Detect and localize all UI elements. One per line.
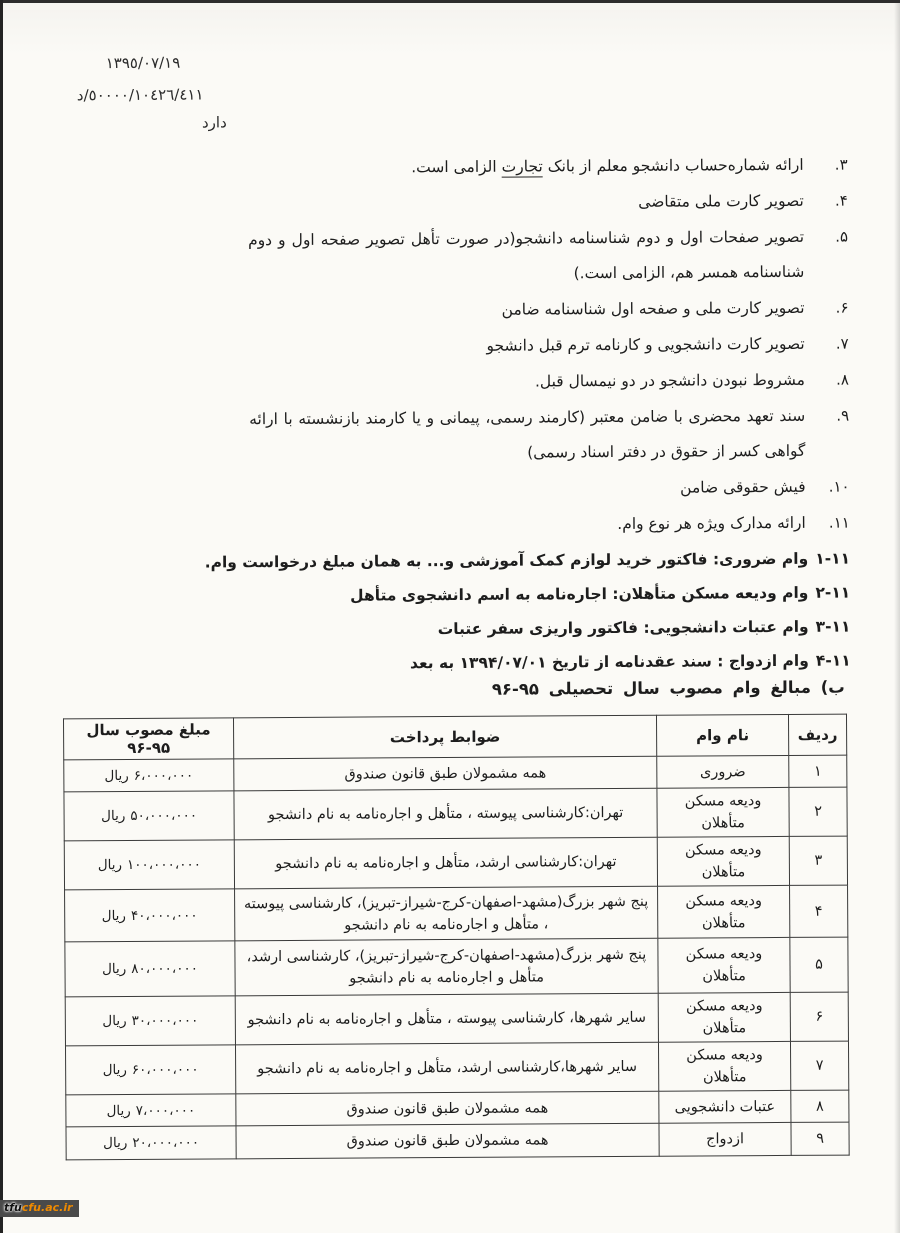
- table-header-row: ردیف نام وام ضوابط پرداخت مبلغ مصوب سال …: [63, 714, 846, 760]
- note-text: وام عتبات دانشجویی: فاکتور واریزی سفر عت…: [438, 618, 809, 638]
- cell-payment-terms: سایر شهرها،کارشناسی ارشد، متأهل و اجاره‌…: [235, 1042, 658, 1094]
- cell-amount: ۳۰،۰۰۰،۰۰۰ریال: [65, 996, 235, 1046]
- text-run: مشروط نبودن دانشجو در دو نیمسال قبل.: [535, 371, 805, 391]
- header-row-number: ردیف: [788, 714, 846, 755]
- cell-row-number: ۲: [789, 787, 847, 836]
- table-row: ۷ودیعه مسکن متأهلانسایر شهرها،کارشناسی ا…: [65, 1041, 848, 1095]
- cell-row-number: ۹: [791, 1122, 849, 1155]
- item-number: ۳.: [804, 148, 848, 183]
- item-text: سند تعهد محضری با ضامن معتبر (کارمند رسم…: [249, 399, 805, 472]
- cell-loan-name: ودیعه مسکن متأهلان: [658, 937, 790, 993]
- cell-loan-name: ازدواج: [659, 1122, 791, 1156]
- amount-unit: ریال: [103, 1062, 127, 1078]
- cell-payment-terms: همه مشمولان طبق قانون صندوق: [236, 1091, 659, 1126]
- cell-row-number: ۷: [790, 1041, 848, 1090]
- scan-edge-top: [0, 0, 900, 3]
- note-number: ۳-۱۱: [816, 618, 851, 636]
- checklist-item: ۸.مشروط نبودن دانشجو در دو نیمسال قبل.: [249, 363, 849, 402]
- text-run: تصویر کارت ملی متقاضی: [638, 192, 804, 211]
- table-row: ۶ودیعه مسکن متأهلانسایر شهرها، کارشناسی …: [65, 992, 848, 1046]
- amount-value: ۴۰،۰۰۰،۰۰۰: [131, 907, 198, 923]
- amount-unit: ریال: [102, 961, 126, 977]
- cell-payment-terms: پنج شهر بزرگ(مشهد-اصفهان-کرج-شیراز-تبریز…: [235, 938, 658, 996]
- letter-number-digits: /٥٠٠٠٠/١٠٤٢٦/٤١١: [84, 85, 204, 104]
- note-text: وام ازدواج : سند عقدنامه از تاریخ ۱۳۹۴/۰…: [410, 652, 809, 672]
- checklist-item: ۹.سند تعهد محضری با ضامن معتبر (کارمند ر…: [249, 399, 849, 473]
- item-text: تصویر کارت دانشجویی و کارنامه ترم قبل دا…: [249, 327, 805, 365]
- table-row: ۱ضروریهمه مشمولان طبق قانون صندوق۶،۰۰۰،۰…: [64, 755, 847, 792]
- item-number: ۴.: [804, 184, 848, 219]
- note-number: ۱-۱۱: [815, 550, 850, 568]
- cell-amount: ۷،۰۰۰،۰۰۰ریال: [66, 1094, 236, 1127]
- loan-note: ۴-۱۱وام ازدواج : سند عقدنامه از تاریخ ۱۳…: [251, 644, 851, 682]
- item-number: ۸.: [805, 363, 849, 398]
- checklist-item: ۷.تصویر کارت دانشجویی و کارنامه ترم قبل …: [249, 327, 849, 366]
- item-number: ۵.: [804, 220, 848, 255]
- item-text: ارائه شماره‌حساب دانشجو معلم از بانک تجا…: [248, 148, 804, 186]
- checklist-item: ۱۰.فیش حقوقی ضامن: [249, 470, 849, 509]
- letter-reference-number: د/٥٠٠٠٠/١٠٤٢٦/٤١١: [43, 85, 237, 104]
- loan-type-notes: ۱-۱۱وام ضروری: فاکتور خرید لوازم کمک آمو…: [250, 542, 851, 682]
- note-text: وام ضروری: فاکتور خرید لوازم کمک آموزشی …: [205, 550, 809, 572]
- amount-value: ۷،۰۰۰،۰۰۰: [136, 1102, 196, 1118]
- scan-edge-right: [894, 0, 900, 1233]
- item-text: تصویر کارت ملی متقاضی: [248, 184, 804, 222]
- cell-payment-terms: همه مشمولان طبق قانون صندوق: [234, 756, 657, 791]
- text-run: ارائه شماره‌حساب دانشجو معلم از بانک: [543, 156, 804, 176]
- amount-unit: ریال: [106, 1102, 130, 1118]
- table-title: ب) مبالغ وام مصوب سال تحصیلی ۹۵-۹۶: [245, 678, 845, 701]
- cell-loan-name: ضروری: [657, 755, 789, 788]
- text-run: تصویر کارت ملی و صفحه اول شناسنامه ضامن: [502, 299, 805, 319]
- amount-unit: ریال: [98, 857, 122, 873]
- cell-row-number: ۶: [790, 992, 848, 1041]
- cell-amount: ۶،۰۰۰،۰۰۰ریال: [64, 759, 234, 792]
- note-number: ۴-۱۱: [816, 652, 851, 670]
- header-payment-terms: ضوابط پرداخت: [233, 715, 656, 759]
- cell-payment-terms: تهران:کارشناسی ارشد، متأهل و اجاره‌نامه …: [234, 837, 657, 889]
- watermark-prefix: tfu: [4, 1201, 22, 1214]
- amount-value: ۱۰۰،۰۰۰،۰۰۰: [127, 857, 201, 873]
- cell-loan-name: عتبات دانشجویی: [659, 1090, 791, 1123]
- cell-amount: ۴۰،۰۰۰،۰۰۰ریال: [65, 889, 235, 942]
- item-text: مشروط نبودن دانشجو در دو نیمسال قبل.: [249, 363, 805, 401]
- letter-date: ١٣٩٥/٠٧/١٩: [82, 53, 204, 72]
- text-run: سند تعهد محضری با ضامن معتبر (کارمند رسم…: [249, 407, 805, 462]
- cell-payment-terms: تهران:کارشناسی پیوسته ، متأهل و اجاره‌نا…: [234, 788, 657, 840]
- cell-payment-terms: سایر شهرها، کارشناسی پیوسته ، متأهل و اج…: [235, 993, 658, 1045]
- checklist-item: ۴.تصویر کارت ملی متقاضی: [248, 184, 848, 223]
- amount-unit: ریال: [102, 907, 126, 923]
- text-run: تصویر کارت دانشجویی و کارنامه ترم قبل دا…: [486, 335, 804, 355]
- cell-row-number: ۵: [790, 937, 848, 992]
- cell-row-number: ۳: [789, 836, 847, 885]
- item-number: ۷.: [805, 327, 849, 362]
- item-text: تصویر کارت ملی و صفحه اول شناسنامه ضامن: [248, 291, 804, 329]
- loan-amounts-table: ردیف نام وام ضوابط پرداخت مبلغ مصوب سال …: [63, 714, 850, 1161]
- cell-loan-name: ودیعه مسکن متأهلان: [658, 885, 790, 938]
- table-row: ۴ودیعه مسکن متأهلانپنج شهر بزرگ(مشهد-اصف…: [65, 885, 848, 942]
- cell-row-number: ۸: [791, 1090, 849, 1122]
- note-text: وام ودیعه مسکن متأهلان: اجاره‌نامه به اس…: [350, 584, 808, 605]
- requirements-list: ۳.ارائه شماره‌حساب دانشجو معلم از بانک ت…: [248, 148, 850, 546]
- cell-loan-name: ودیعه مسکن متأهلان: [657, 787, 789, 837]
- checklist-item: ۶.تصویر کارت ملی و صفحه اول شناسنامه ضام…: [248, 291, 848, 330]
- item-number: ۶.: [804, 291, 848, 326]
- table-row: ۲ودیعه مسکن متأهلانتهران:کارشناسی پیوسته…: [64, 787, 847, 841]
- header-approved-amount: مبلغ مصوب سال ۹۵-۹۶: [63, 718, 233, 760]
- cell-row-number: ۴: [790, 885, 848, 937]
- underlined-text: تجارت: [502, 157, 543, 177]
- scan-edge-left: [0, 0, 3, 1233]
- checklist-item: ۱۱.ارائه مدارک ویژه هر نوع وام.: [250, 506, 850, 545]
- amount-value: ۵۰،۰۰۰،۰۰۰: [130, 808, 197, 824]
- item-number: ۱۰.: [805, 470, 849, 505]
- amount-value: ۶۰،۰۰۰،۰۰۰: [132, 1062, 199, 1078]
- amount-unit: ریال: [104, 767, 128, 783]
- loan-note: ۲-۱۱وام ودیعه مسکن متأهلان: اجاره‌نامه ب…: [250, 576, 850, 614]
- cell-loan-name: ودیعه مسکن متأهلان: [658, 992, 790, 1042]
- note-number: ۲-۱۱: [815, 584, 850, 602]
- cell-amount: ۱۰۰،۰۰۰،۰۰۰ریال: [64, 840, 234, 890]
- letter-attachment-flag: دارد: [188, 113, 240, 131]
- table-row: ۳ودیعه مسکن متأهلانتهران:کارشناسی ارشد، …: [64, 836, 847, 890]
- loan-note: ۳-۱۱وام عتبات دانشجویی: فاکتور واریزی سف…: [250, 610, 850, 648]
- scanned-letter-page: ١٣٩٥/٠٧/١٩ د/٥٠٠٠٠/١٠٤٢٦/٤١١ دارد ۳.ارائ…: [0, 0, 900, 1233]
- item-text: تصویر صفحات اول و دوم شناسنامه دانشجو(در…: [248, 220, 804, 293]
- amount-value: ۳۰،۰۰۰،۰۰۰: [132, 1013, 199, 1029]
- cell-row-number: ۱: [789, 755, 847, 787]
- amount-value: ۲۰،۰۰۰،۰۰۰: [132, 1135, 199, 1151]
- item-number: ۱۱.: [806, 506, 850, 541]
- cell-amount: ۸۰،۰۰۰،۰۰۰ریال: [65, 941, 235, 997]
- document-content: ١٣٩٥/٠٧/١٩ د/٥٠٠٠٠/١٠٤٢٦/٤١١ دارد ۳.ارائ…: [0, 0, 900, 1233]
- checklist-item: ۳.ارائه شماره‌حساب دانشجو معلم از بانک ت…: [248, 148, 848, 187]
- item-text: فیش حقوقی ضامن: [249, 470, 805, 508]
- amount-unit: ریال: [103, 1135, 127, 1151]
- loan-note: ۱-۱۱وام ضروری: فاکتور خرید لوازم کمک آمو…: [250, 542, 850, 580]
- amount-value: ۶،۰۰۰،۰۰۰: [134, 767, 194, 783]
- cell-loan-name: ودیعه مسکن متأهلان: [658, 1041, 790, 1091]
- cell-amount: ۶۰،۰۰۰،۰۰۰ریال: [65, 1045, 235, 1095]
- item-number: ۹.: [805, 399, 849, 434]
- table-row: ۹ازدواجهمه مشمولان طبق قانون صندوق۲۰،۰۰۰…: [66, 1122, 849, 1160]
- checklist-item: ۵.تصویر صفحات اول و دوم شناسنامه دانشجو(…: [248, 220, 848, 294]
- table-row: ۵ودیعه مسکن متأهلانپنج شهر بزرگ(مشهد-اصف…: [65, 937, 848, 997]
- cell-payment-terms: پنج شهر بزرگ(مشهد-اصفهان-کرج-شیراز-تبریز…: [235, 886, 658, 941]
- cell-payment-terms: همه مشمولان طبق قانون صندوق: [236, 1123, 659, 1159]
- cell-amount: ۵۰،۰۰۰،۰۰۰ریال: [64, 791, 234, 841]
- amount-unit: ریال: [102, 1013, 126, 1029]
- watermark-domain: cfu.ac.ir: [22, 1201, 73, 1214]
- cell-loan-name: ودیعه مسکن متأهلان: [657, 836, 789, 886]
- amount-value: ۸۰،۰۰۰،۰۰۰: [131, 961, 198, 977]
- item-text: ارائه مدارک ویژه هر نوع وام.: [250, 506, 806, 544]
- text-run: ارائه مدارک ویژه هر نوع وام.: [617, 514, 806, 533]
- amount-unit: ریال: [101, 808, 125, 824]
- text-run: الزامی است.: [411, 158, 502, 177]
- site-watermark: tfucfu.ac.ir: [0, 1200, 79, 1217]
- table-row: ۸عتبات دانشجوییهمه مشمولان طبق قانون صند…: [66, 1090, 849, 1127]
- text-run: تصویر صفحات اول و دوم شناسنامه دانشجو(در…: [248, 228, 804, 282]
- text-run: فیش حقوقی ضامن: [680, 478, 806, 497]
- header-loan-name: نام وام: [656, 714, 788, 756]
- cell-amount: ۲۰،۰۰۰،۰۰۰ریال: [66, 1126, 236, 1160]
